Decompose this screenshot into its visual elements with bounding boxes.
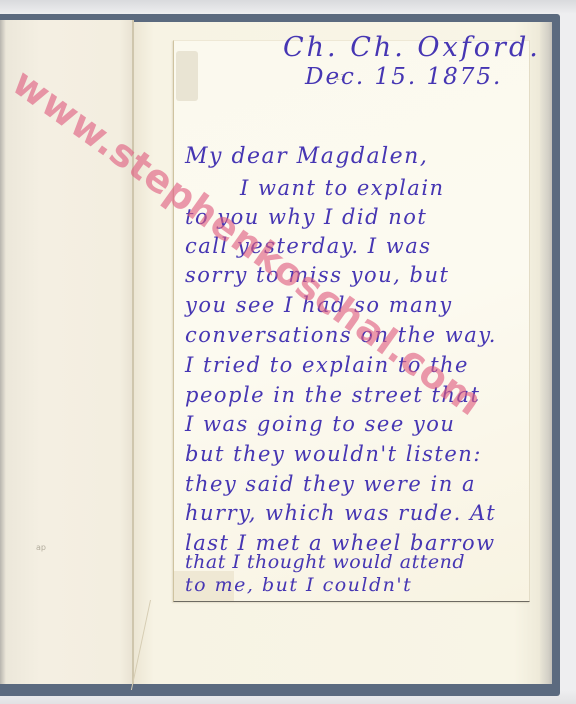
letter-line: sorry to miss you, but: [185, 265, 449, 286]
letter-line: I was going to see you: [185, 414, 455, 435]
letter-line: hurry, which was rude. At: [185, 503, 496, 524]
letter-line: I want to explain: [240, 178, 445, 199]
letter-line: that I thought would attend: [185, 553, 465, 572]
letter-line: call yesterday. I was: [185, 236, 432, 257]
card-stain: [176, 51, 198, 101]
letter-line: to you why I did not: [185, 207, 427, 228]
letter-line: people in the street that: [185, 385, 480, 406]
letter-line: you see I had so many: [185, 295, 453, 316]
letter-date: Dec. 15. 1875.: [305, 66, 502, 89]
letter-line: but they wouldn't listen:: [185, 444, 482, 465]
pencil-note: ap: [36, 543, 46, 552]
letter-address: Ch. Ch. Oxford.: [283, 34, 541, 61]
left-page: [0, 20, 133, 684]
page-edge: [540, 22, 552, 684]
letter-line: they said they were in a: [185, 474, 476, 495]
letter-salutation: My dear Magdalen,: [185, 146, 428, 168]
letter-line: conversations on the way.: [185, 325, 497, 346]
letter-line: to me, but I couldn't: [185, 576, 412, 595]
letter-line: I tried to explain to the: [185, 355, 469, 376]
